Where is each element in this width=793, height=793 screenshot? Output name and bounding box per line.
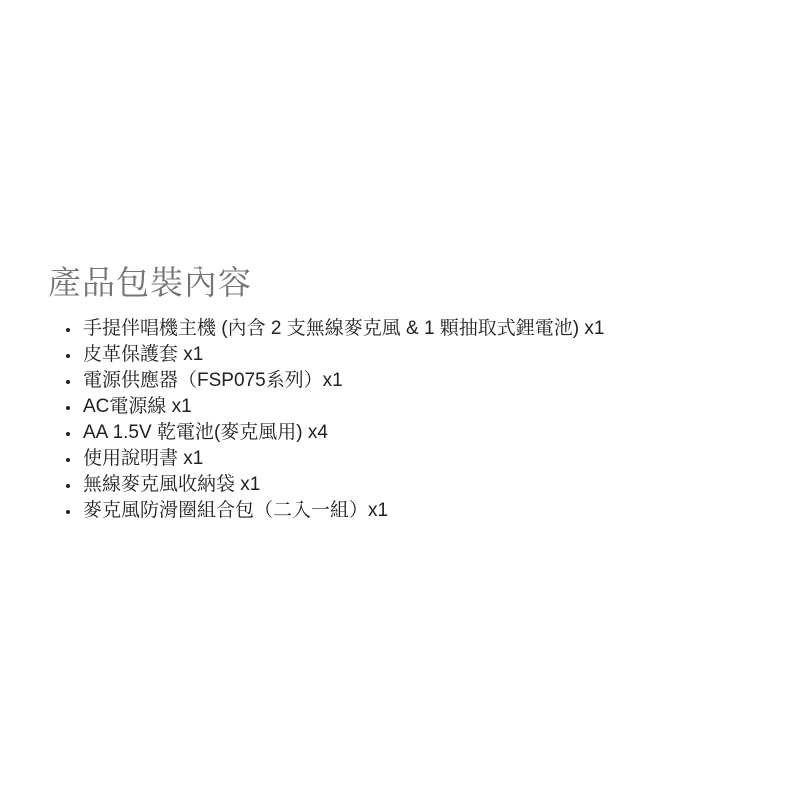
- list-item-text: 無線麥克風收納袋 x1: [83, 472, 748, 498]
- list-item-text: 皮革保護套 x1: [83, 342, 748, 368]
- bullet-icon: [66, 484, 70, 488]
- list-item-text: 手提伴唱機主機 (內含 2 支無線麥克風 & 1 顆抽取式鋰電池) x1: [83, 316, 748, 342]
- bullet-icon: [66, 328, 70, 332]
- list-item: 手提伴唱機主機 (內含 2 支無線麥克風 & 1 顆抽取式鋰電池) x1: [48, 316, 748, 342]
- bullet-icon: [66, 432, 70, 436]
- bullet-icon: [66, 354, 70, 358]
- bullet-icon: [66, 458, 70, 462]
- list-item: AC電源線 x1: [48, 394, 748, 420]
- bullet-icon: [66, 380, 70, 384]
- list-item: 電源供應器（FSP075系列）x1: [48, 368, 748, 394]
- bullet-icon: [66, 510, 70, 514]
- bullet-icon: [66, 406, 70, 410]
- list-item-text: 麥克風防滑圈組合包（二入一組）x1: [83, 498, 748, 524]
- page: 產品包裝內容 手提伴唱機主機 (內含 2 支無線麥克風 & 1 顆抽取式鋰電池)…: [0, 0, 793, 793]
- section-title: 產品包裝內容: [48, 263, 748, 303]
- list-item-text: 電源供應器（FSP075系列）x1: [83, 368, 748, 394]
- list-item: 無線麥克風收納袋 x1: [48, 472, 748, 498]
- list-item: AA 1.5V 乾電池(麥克風用) x4: [48, 420, 748, 446]
- list-item-text: AA 1.5V 乾電池(麥克風用) x4: [83, 420, 748, 446]
- list-item-text: 使用說明書 x1: [83, 446, 748, 472]
- list-item: 麥克風防滑圈組合包（二入一組）x1: [48, 498, 748, 524]
- package-contents-section: 產品包裝內容 手提伴唱機主機 (內含 2 支無線麥克風 & 1 顆抽取式鋰電池)…: [48, 263, 748, 524]
- list-item: 皮革保護套 x1: [48, 342, 748, 368]
- list-item: 使用說明書 x1: [48, 446, 748, 472]
- list-item-text: AC電源線 x1: [83, 394, 748, 420]
- package-item-list: 手提伴唱機主機 (內含 2 支無線麥克風 & 1 顆抽取式鋰電池) x1 皮革保…: [48, 316, 748, 524]
